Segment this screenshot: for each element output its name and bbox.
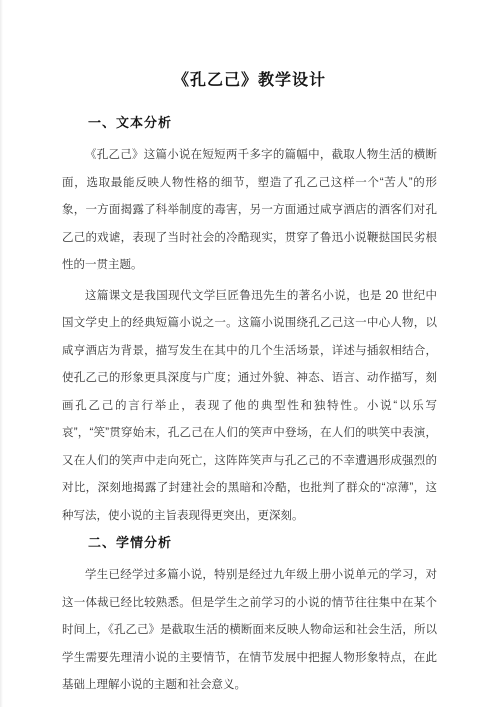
page-edge-shadow xyxy=(0,0,3,707)
section-heading-learner-analysis: 二、学情分析 xyxy=(62,533,437,553)
document-page: 《孔乙己》教学设计 一、文本分析 《孔乙己》这篇小说在短短两千多字的篇幅中，截取… xyxy=(0,0,500,707)
paragraph-text-analysis-1: 《孔乙己》这篇小说在短短两千多字的篇幅中，截取人物生活的横断面，选取最能反映人物… xyxy=(62,142,437,280)
section-text-analysis: 一、文本分析 《孔乙己》这篇小说在短短两千多字的篇幅中，截取人物生活的横断面，选… xyxy=(62,113,437,530)
section-heading-text-analysis: 一、文本分析 xyxy=(62,113,437,133)
paragraph-learner-analysis-1: 学生已经学过多篇小说，特别是经过九年级上册小说单元的学习，对这一体裁已经比较熟悉… xyxy=(62,562,437,700)
section-learner-analysis: 二、学情分析 学生已经学过多篇小说，特别是经过九年级上册小说单元的学习，对这一体… xyxy=(62,533,437,700)
paragraph-text-analysis-2: 这篇课文是我国现代文学巨匠鲁迅先生的著名小说，也是 20 世纪中国文学史上的经典… xyxy=(62,283,437,531)
document-title: 《孔乙己》教学设计 xyxy=(62,70,437,92)
